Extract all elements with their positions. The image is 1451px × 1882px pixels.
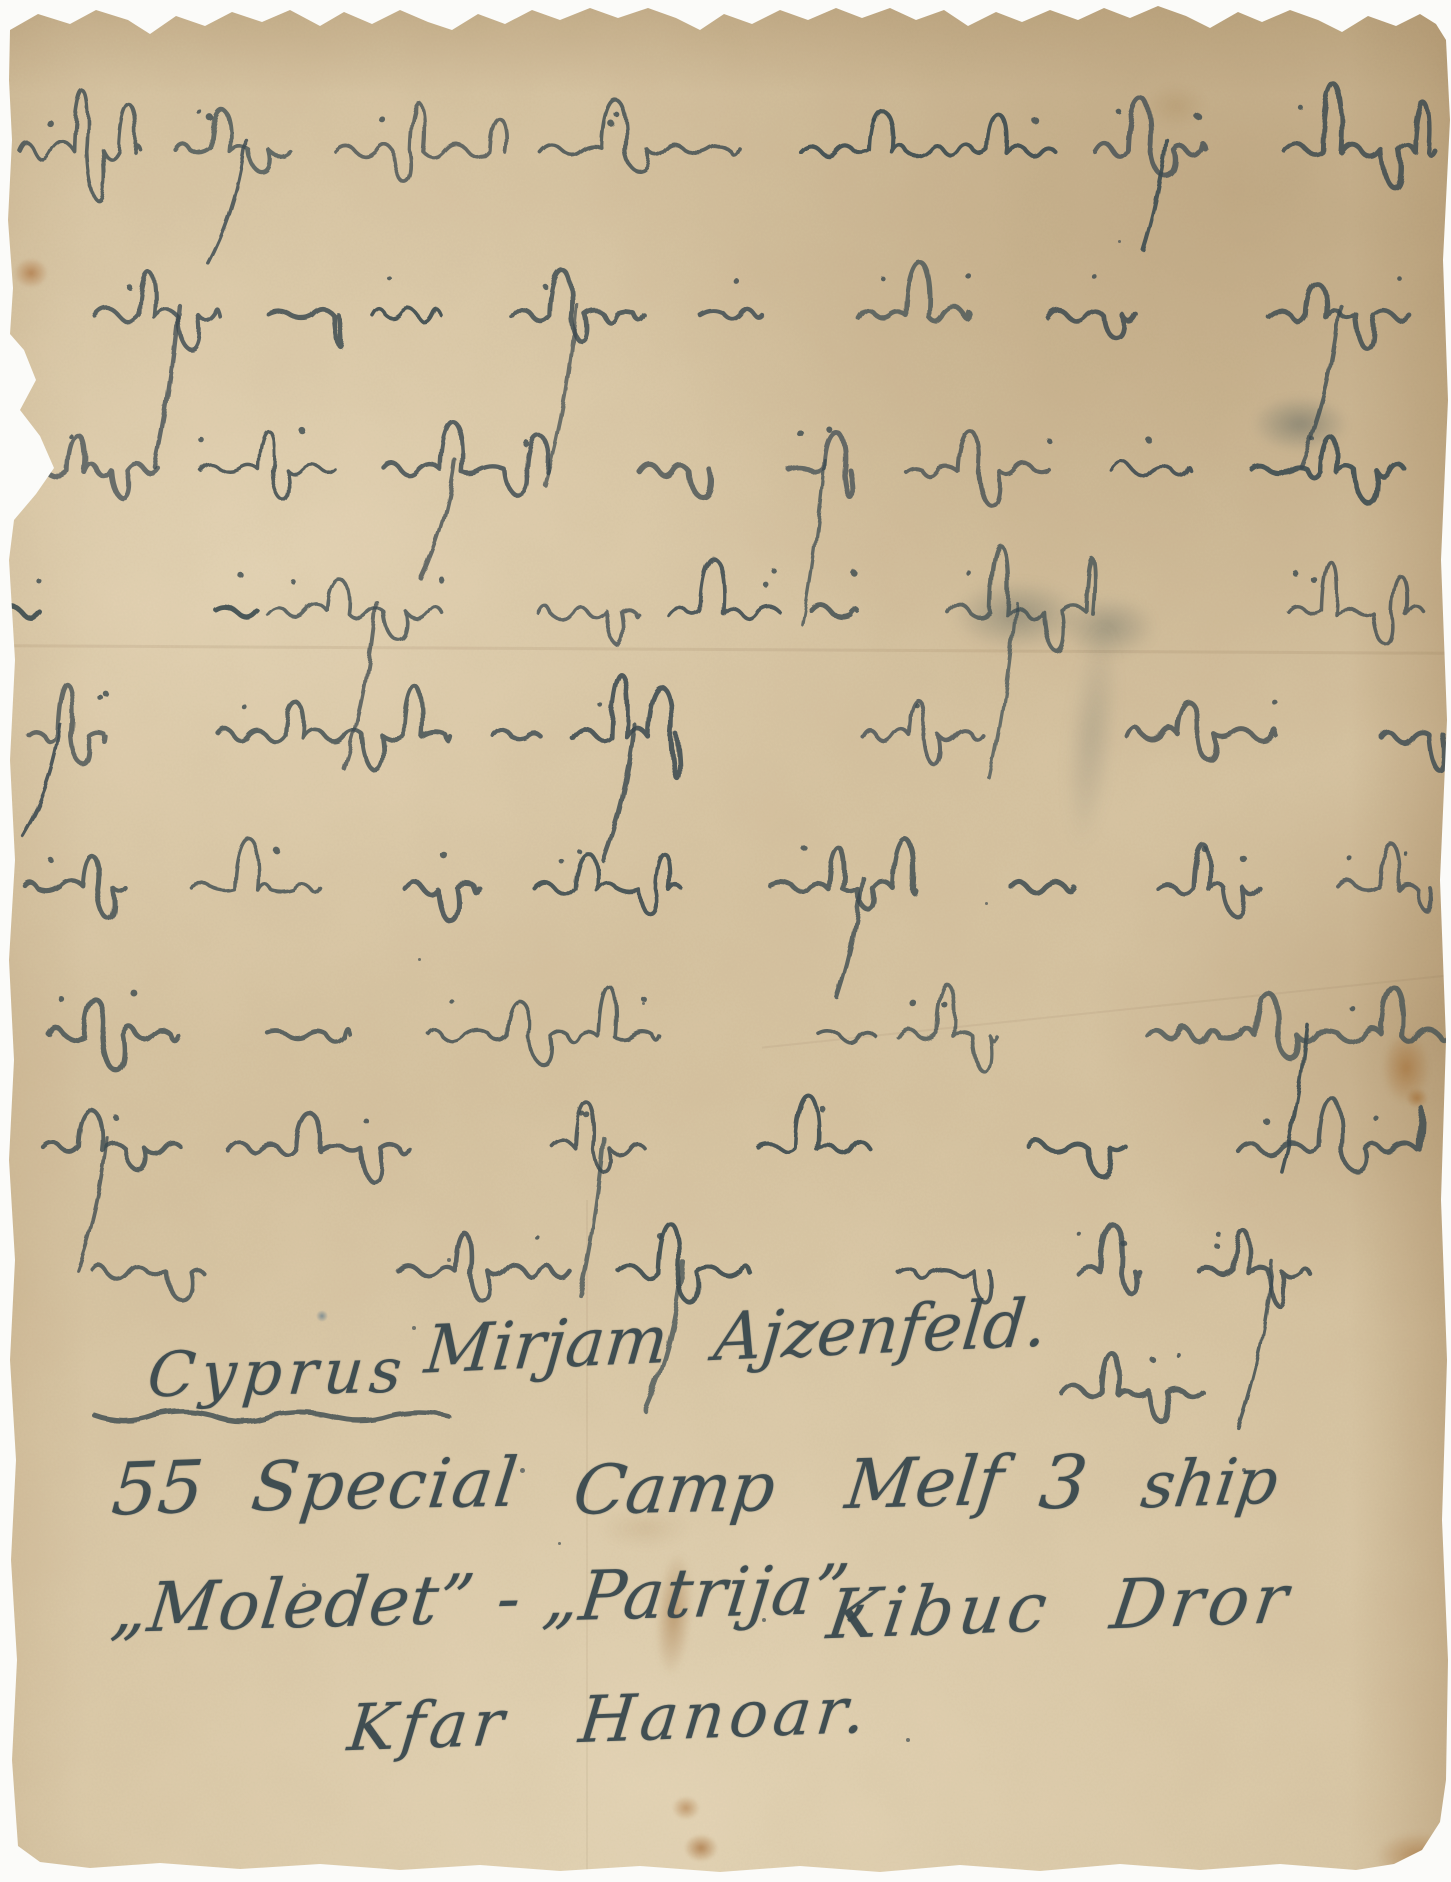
camp-word-special: Special bbox=[248, 1450, 523, 1523]
crease-line bbox=[0, 644, 1451, 655]
foxing-spot bbox=[1144, 84, 1208, 128]
ink-fleck bbox=[418, 958, 421, 961]
ink-fleck bbox=[558, 1542, 561, 1545]
rust-stain bbox=[684, 1834, 718, 1862]
location-word: Cyprus bbox=[145, 1340, 410, 1407]
kibbutz-name: Kibuc Dror bbox=[823, 1566, 1296, 1651]
rust-stain bbox=[14, 258, 48, 288]
camp-word-camp: Camp bbox=[570, 1454, 779, 1526]
sender-name: Mirjam Ajzenfeld. bbox=[422, 1290, 1050, 1383]
paper-sheet: Cyprus Mirjam Ajzenfeld. 55 Special Camp… bbox=[0, 0, 1451, 1882]
letter-scan: Cyprus Mirjam Ajzenfeld. 55 Special Camp… bbox=[0, 0, 1451, 1882]
rust-stain bbox=[1382, 1032, 1430, 1104]
ink-smudge bbox=[952, 580, 1082, 650]
village-name: Kfar Hanoar. bbox=[345, 1679, 874, 1762]
crease-line bbox=[586, 1200, 588, 1880]
rust-stain bbox=[1406, 1088, 1428, 1108]
camp-number: 55 bbox=[110, 1450, 207, 1525]
ink-fleck bbox=[520, 1468, 525, 1473]
ink-fleck bbox=[642, 1002, 645, 1005]
sender-name-text: Mirjam Ajzenfeld bbox=[422, 1285, 1030, 1389]
ship-names: „Moledet” - „Patrija”, bbox=[108, 1556, 875, 1644]
ink-fleck bbox=[985, 902, 988, 905]
ink-fleck bbox=[447, 1258, 451, 1262]
ink-fleck bbox=[1118, 240, 1121, 243]
ink-fleck bbox=[872, 118, 876, 122]
camp-word-3: 3 bbox=[1036, 1446, 1091, 1520]
ink-fleck bbox=[906, 1738, 910, 1742]
ink-smudge bbox=[1060, 596, 1156, 658]
camp-word-melf: Melf bbox=[842, 1448, 1007, 1520]
ink-fleck bbox=[412, 1326, 416, 1330]
camp-word-ship: ship bbox=[1138, 1449, 1282, 1518]
corner-stain bbox=[1376, 1832, 1451, 1880]
crease-line bbox=[762, 973, 1451, 1048]
blue-speck bbox=[316, 1310, 328, 1322]
rust-stain bbox=[672, 1796, 700, 1820]
ink-smear bbox=[1056, 618, 1128, 852]
ink-smudge bbox=[1252, 396, 1348, 452]
